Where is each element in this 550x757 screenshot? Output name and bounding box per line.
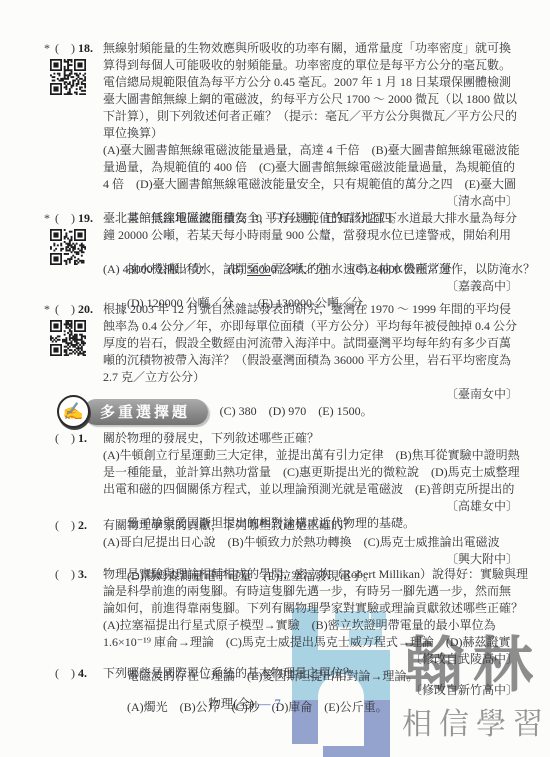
star-mark: * [44, 210, 52, 227]
question-line: 量過量，為規範值的 400 倍 (C)臺大圖書館無線電磁波能量過量，為規範值的 [103, 159, 518, 176]
question-line: 算得到每個人可能吸收的射頻能量。功率密度的單位是每平方公分的毫瓦數。 [103, 57, 518, 74]
school-source: 〔修改自新竹高中〕 [410, 682, 518, 699]
question-line: 關於物理的發展史，下列敘述哪些正確？ [103, 430, 518, 447]
question-line: 論如何，前進得靠兩隻腳。下列有關物理學家對實驗或理論貢獻敘述哪些正確？ [103, 600, 518, 617]
logo-base-bar [323, 746, 390, 757]
question-line: 4 倍 (D)臺大圖書館無線電磁波能量安全，只有規範值的萬分之四 (E)臺大圖 [103, 176, 518, 193]
section-header: ✍ 多重選擇題 [57, 394, 208, 429]
question-18-marker: * ( ) 18. [44, 40, 93, 57]
brand-slogan: 相信學習 [402, 708, 550, 742]
answer-box[interactable]: ( ) [55, 430, 75, 447]
question-4-marker: ( ) 4. [55, 665, 87, 682]
question-line: 厚度的岩石，假設全數經由河流帶入海洋中。試問臺灣平均每年約有多少百萬 [103, 335, 518, 352]
footer-book-title: 物理(全) [208, 697, 254, 712]
question-20-marker: * ( ) 20. [44, 301, 93, 318]
question-line: 抽水機抽出積水，試問至少需多大的抽水速率之抽水機正常運作，以防淹水？ [103, 244, 518, 261]
question-line: 噸的沉積物被帶入海洋？（假設臺灣面積為 36000 平方公里，岩石平均密度為 [103, 352, 518, 369]
qr-code[interactable] [50, 59, 86, 95]
answer-box[interactable]: ( ) [55, 40, 75, 57]
question-line: 物理是實驗與理論相輔相成的學問，密立坎（Robert Millikan）說得好：… [103, 566, 518, 583]
question-line: 是一種能量，並計算出熱功當量 (C)惠更斯提出光的微粒說 (D)馬克士威整理 [103, 464, 518, 481]
question-line: 電信總局規範限值為每平方公分 0.45 毫瓦。2007 年 1 月 18 日某環… [103, 74, 518, 91]
question-line: 無線射頻能量的生物效應與所吸收的功率有關，通常量度「功率密度」就可換 [103, 40, 518, 57]
school-source: 〔清水高中〕 [446, 193, 518, 210]
question-number: 19. [78, 210, 93, 227]
question-line: 1.6×10⁻¹⁹ 庫侖→理論 (C)馬克士威提出馬克士威方程式→理論 (D)赫… [103, 634, 518, 651]
question-line: 下計算），則下列敘述何者正確？（提示：毫瓦／平方公分與微瓦／平方公尺的 [103, 108, 518, 125]
star-mark: * [44, 40, 52, 57]
question-line: 臺大圖書館無線上網的電磁波，約每平方公尺 1700 ～ 2000 微瓦（以 18… [103, 91, 518, 108]
qr-code[interactable] [50, 229, 86, 265]
school-source: 〔高雄女中〕 [446, 498, 518, 515]
question-number: 4. [78, 665, 87, 682]
writing-hand-icon: ✍ [57, 395, 90, 428]
question-line: 臺北某一低窪地區總面積為 10 平方公里，已知該地區下水道最大排水量為每分 [103, 210, 518, 227]
star-mark: * [44, 301, 52, 318]
question-line: (A)拉塞福提出行星式原子模型→實驗 (B)密立坎證明帶電量的最小單位為 [103, 617, 518, 634]
question-number: 3. [78, 566, 87, 583]
question-19-marker: * ( ) 19. [44, 210, 93, 227]
page-number: 7 [275, 697, 281, 712]
question-line: 鐘 20000 公噸，若某天每小時雨量 900 公釐，當發現水位已達警戒，開始利… [103, 227, 518, 244]
section-title: 多重選擇題 [83, 399, 208, 425]
question-line: 根據 2003 年 12 月號自然雜誌發表的研究，臺灣在 1970 ～ 1999… [103, 301, 518, 318]
question-line: 出電和磁的四個關係方程式，並以理論預測光就是電磁波 (E)普朗克所提出的 [103, 481, 518, 498]
question-line: 有關物理學家的貢獻，下列哪些敘述是正確的？ [103, 517, 518, 534]
question-number: 2. [78, 517, 87, 534]
question-line: 單位換算） [103, 125, 518, 142]
question-3-marker: ( ) 3. [55, 566, 87, 583]
question-number: 20. [78, 301, 93, 318]
question-line: (A)臺大圖書館無線電磁波能量過量，高達 4 千倍 (B)臺大圖書館無線電磁波能 [103, 142, 518, 159]
footer-dash: — [258, 697, 271, 712]
school-source: 〔臺南女中〕 [446, 386, 518, 403]
question-line: 蝕率為 0.4 公分／年，亦即每單位面積（平方公分）平均每年被侵蝕掉 0.4 公… [103, 318, 518, 335]
question-2-marker: ( ) 2. [55, 517, 87, 534]
question-line: 論是科學前進的兩隻腳。有時這隻腳先邁一步，有時另一腳先邁一步，然而無 [103, 583, 518, 600]
question-number: 1. [78, 430, 87, 447]
page-footer: 物理(全) — 7 [182, 697, 307, 712]
answer-box[interactable]: ( ) [55, 210, 75, 227]
answer-box[interactable]: ( ) [55, 665, 75, 682]
option-row: (A)哥白尼提出日心說 (B)牛頓致力於熱功轉換 (C)馬克士威推論出電磁波 [103, 534, 518, 551]
question-line: (A)牛頓創立行星運動三大定律，並提出萬有引力定律 (B)焦耳從實驗中證明熱 [103, 447, 518, 464]
answer-box[interactable]: ( ) [55, 517, 75, 534]
option-row: (D) 120000 公噸／分 (E) 130000 公噸／分。 〔嘉義高中〕 [103, 278, 518, 295]
answer-box[interactable]: ( ) [55, 566, 75, 583]
question-line: 下列哪些是國際單位系統的基本物理量之單位？ [103, 665, 518, 682]
question-line: 書館無線電磁波能量安全，只有規範值的百分之四。 〔清水高中〕 [103, 193, 518, 210]
question-line: 量子論與愛因斯坦提出的相對論構成近代物理的基礎。 〔高雄女中〕 [103, 498, 518, 515]
school-source: 〔嘉義高中〕 [446, 278, 518, 295]
option-row: (A)燭光 (B)公斤 (C)秒 (D)庫侖 (E)公斤重。 〔修改自新竹高中〕 [103, 682, 518, 699]
question-number: 18. [78, 40, 93, 57]
question-1-marker: ( ) 1. [55, 430, 87, 447]
qr-code[interactable] [50, 320, 86, 356]
question-line: 2.7 克／立方公分） [103, 369, 518, 386]
answer-box[interactable]: ( ) [55, 301, 75, 318]
exam-page: 翰林 相信學習 * ( ) 18. 無線射頻能量的生物效應與所吸收的功率有關，通… [0, 0, 550, 757]
